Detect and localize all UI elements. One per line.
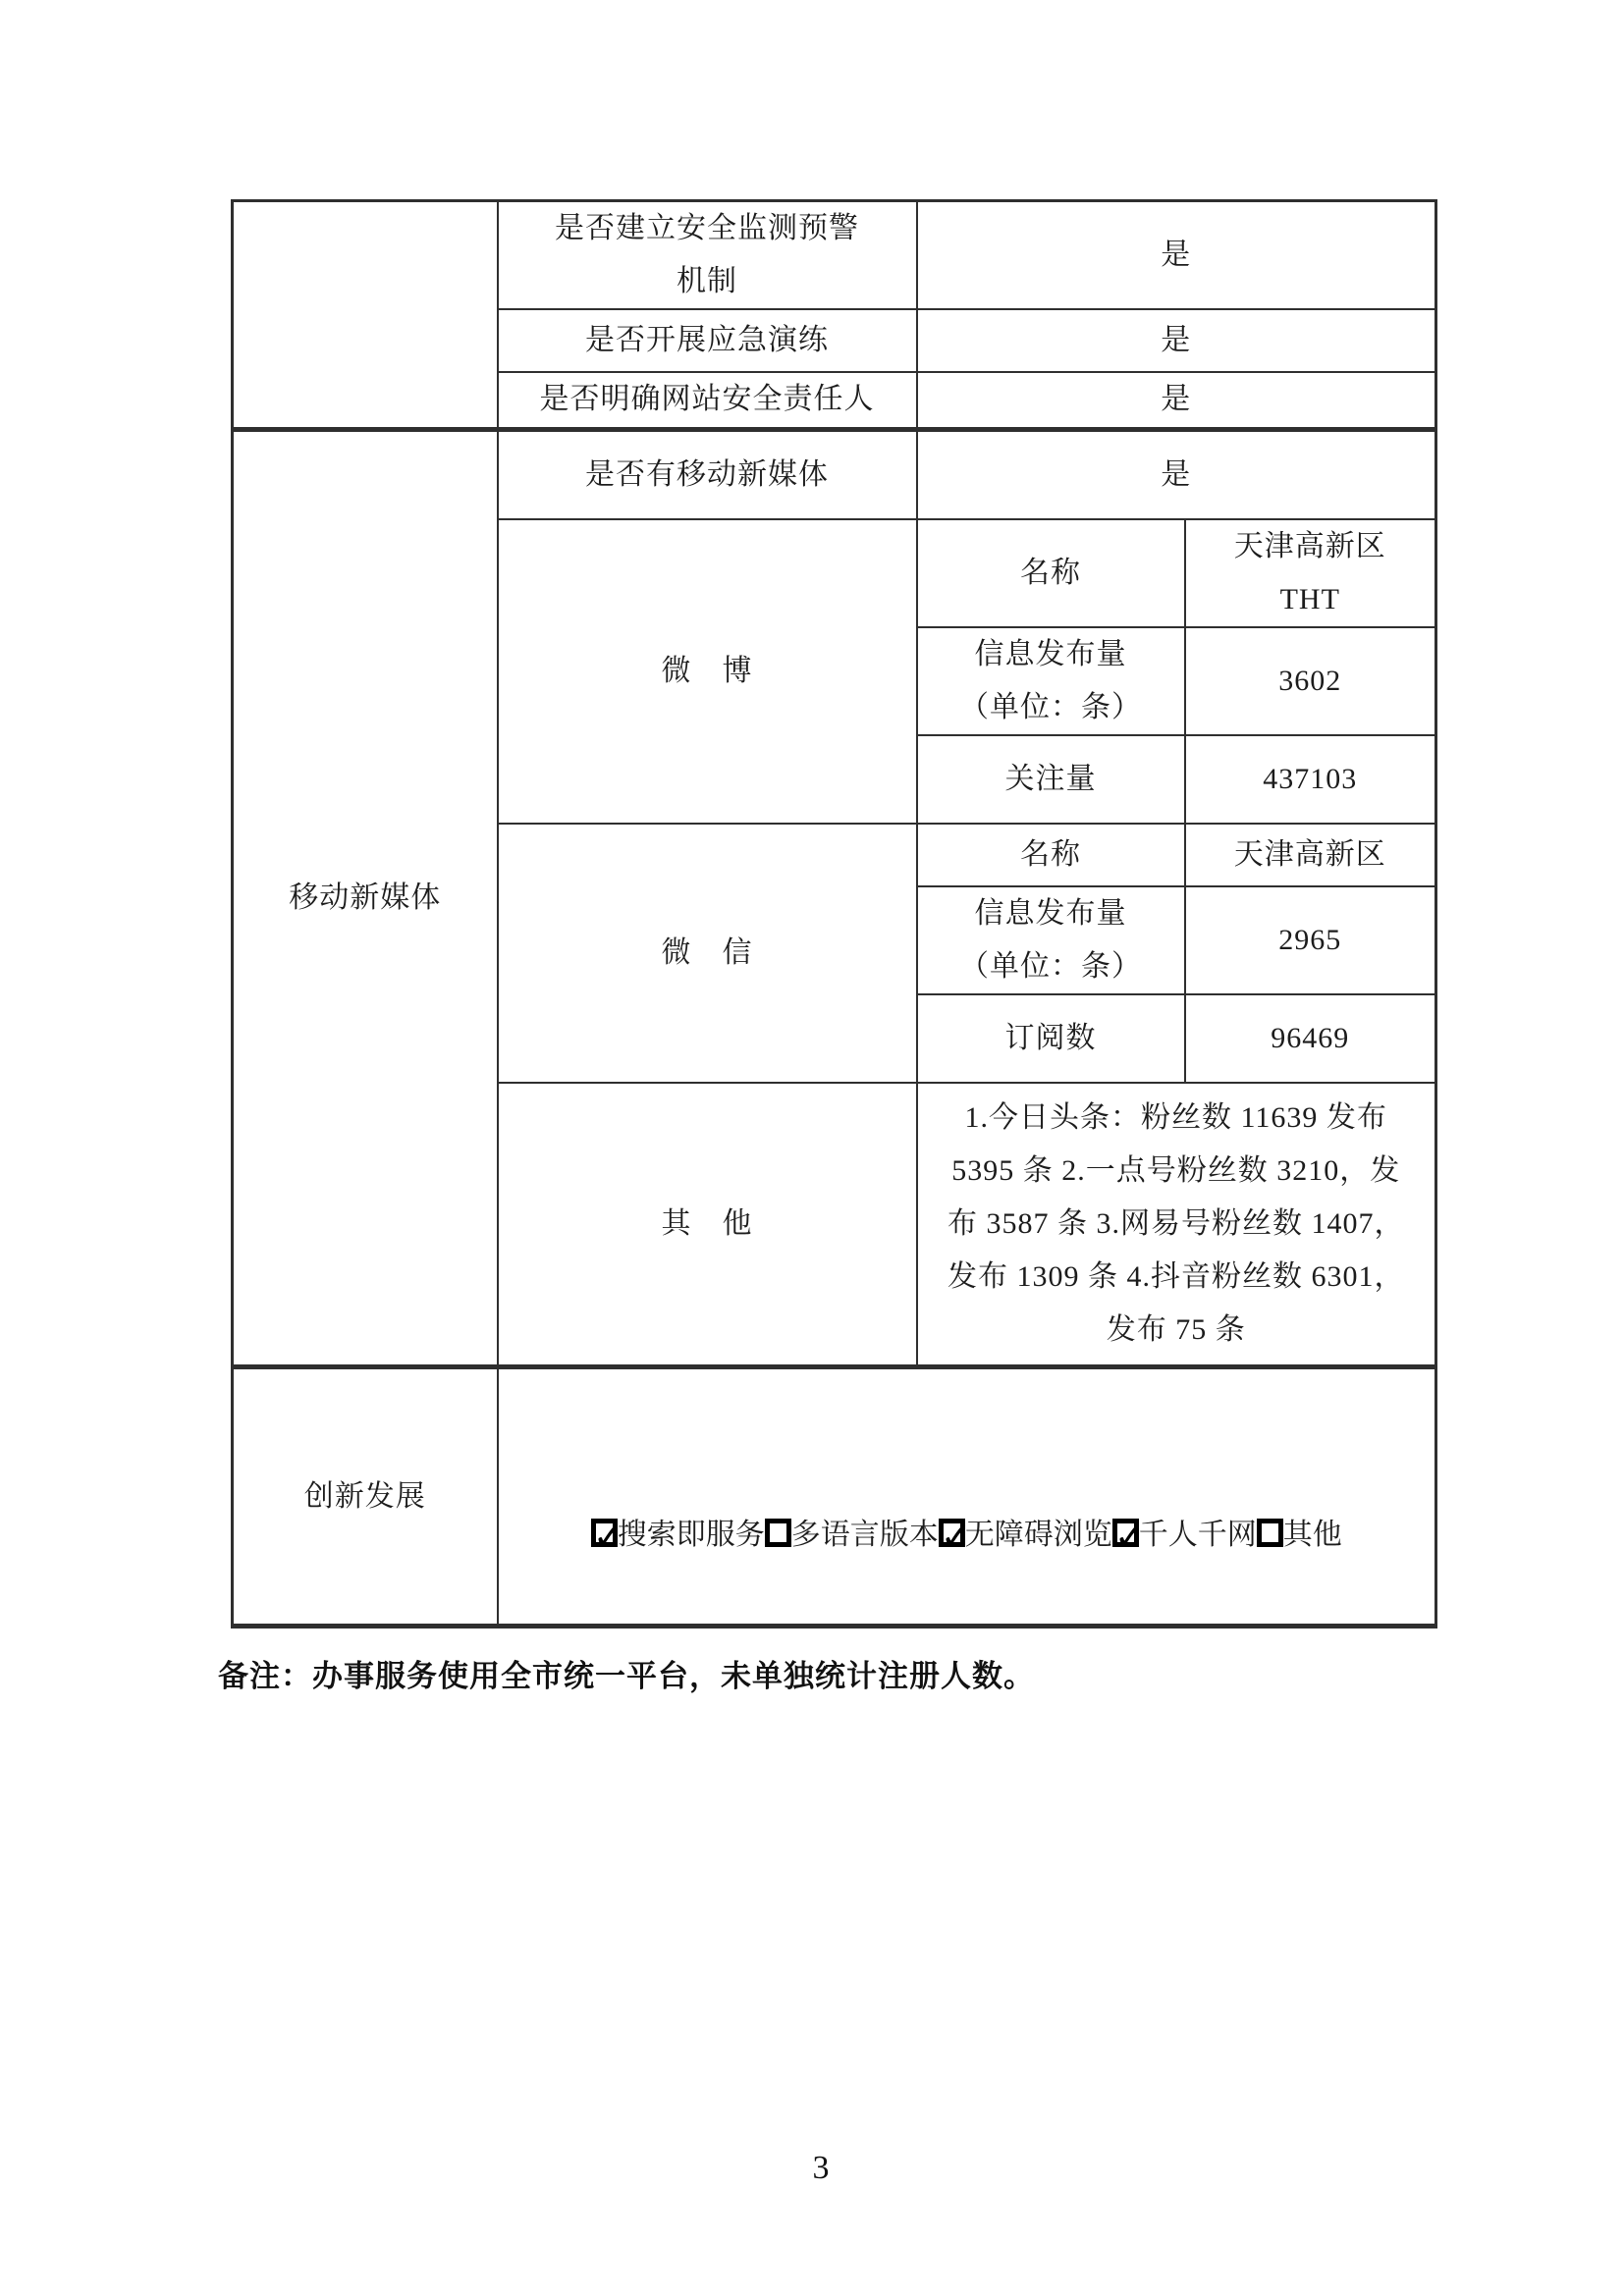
field-label-cell: 关注量 bbox=[917, 735, 1185, 824]
other-media-stats-cell: 1.今日头条：粉丝数 11639 发布 5395 条 2.一点号粉丝数 3210… bbox=[917, 1083, 1436, 1367]
field-value-cell: 天津高新区 THT bbox=[1185, 519, 1436, 627]
field-label-cell: 名称 bbox=[917, 519, 1185, 627]
question-cell: 是否有移动新媒体 bbox=[498, 429, 917, 519]
checkbox-item-other: 其他 bbox=[1257, 1509, 1342, 1562]
field-label-cell: 信息发布量 （单位：条） bbox=[917, 886, 1185, 994]
checkbox-item-personalized-web: 千人千网 bbox=[1112, 1509, 1257, 1562]
checkbox-label: 其他 bbox=[1283, 1519, 1342, 1551]
checkbox-item-multilingual: 多语言版本 bbox=[765, 1509, 939, 1562]
checkbox-label: 千人千网 bbox=[1139, 1519, 1257, 1551]
checkbox-icon bbox=[1112, 1519, 1139, 1547]
report-table: 是否建立安全监测预警 机制 是 是否开展应急演练 是 是否明确网站安全责任人 是… bbox=[231, 199, 1437, 1629]
checkbox-icon bbox=[939, 1519, 965, 1547]
checkbox-icon bbox=[591, 1519, 618, 1547]
table-row: 是否建立安全监测预警 机制 是 bbox=[233, 201, 1436, 310]
section1-label-cell bbox=[233, 201, 498, 430]
document-page: 是否建立安全监测预警 机制 是 是否开展应急演练 是 是否明确网站安全责任人 是… bbox=[0, 0, 1624, 2296]
field-value-cell: 3602 bbox=[1185, 627, 1436, 735]
field-value-cell: 96469 bbox=[1185, 994, 1436, 1083]
table-row: 创新发展 搜索即服务多语言版本无障碍浏览千人千网其他 bbox=[233, 1367, 1436, 1627]
answer-cell: 是 bbox=[917, 201, 1436, 310]
field-label-cell: 名称 bbox=[917, 824, 1185, 886]
page-number: 3 bbox=[0, 2150, 1624, 2187]
checkbox-label: 搜索即服务 bbox=[618, 1519, 765, 1551]
question-cell: 是否明确网站安全责任人 bbox=[498, 372, 917, 429]
field-label-cell: 订阅数 bbox=[917, 994, 1185, 1083]
section2-title-cell: 移动新媒体 bbox=[233, 429, 498, 1367]
weibo-title-cell: 微 博 bbox=[498, 519, 917, 824]
table-row: 移动新媒体 是否有移动新媒体 是 bbox=[233, 429, 1436, 519]
footnote: 备注：办事服务使用全市统一平台，未单独统计注册人数。 bbox=[218, 1651, 1035, 1695]
innovation-checkbox-cell: 搜索即服务多语言版本无障碍浏览千人千网其他 bbox=[498, 1367, 1436, 1627]
question-cell: 是否建立安全监测预警 机制 bbox=[498, 201, 917, 310]
checkbox-label: 多语言版本 bbox=[791, 1519, 939, 1551]
checkbox-label: 无障碍浏览 bbox=[965, 1519, 1112, 1551]
answer-cell: 是 bbox=[917, 309, 1436, 372]
answer-cell: 是 bbox=[917, 372, 1436, 429]
field-value-cell: 天津高新区 bbox=[1185, 824, 1436, 886]
checkbox-item-accessibility: 无障碍浏览 bbox=[939, 1509, 1112, 1562]
answer-cell: 是 bbox=[917, 429, 1436, 519]
question-cell: 是否开展应急演练 bbox=[498, 309, 917, 372]
other-title-cell: 其 他 bbox=[498, 1083, 917, 1367]
checkbox-icon bbox=[1257, 1519, 1283, 1547]
checkbox-item-search-as-service: 搜索即服务 bbox=[591, 1509, 765, 1562]
field-label-cell: 信息发布量 （单位：条） bbox=[917, 627, 1185, 735]
wechat-title-cell: 微 信 bbox=[498, 824, 917, 1083]
field-value-cell: 437103 bbox=[1185, 735, 1436, 824]
checkbox-icon bbox=[765, 1519, 791, 1547]
field-value-cell: 2965 bbox=[1185, 886, 1436, 994]
section3-title-cell: 创新发展 bbox=[233, 1367, 498, 1627]
